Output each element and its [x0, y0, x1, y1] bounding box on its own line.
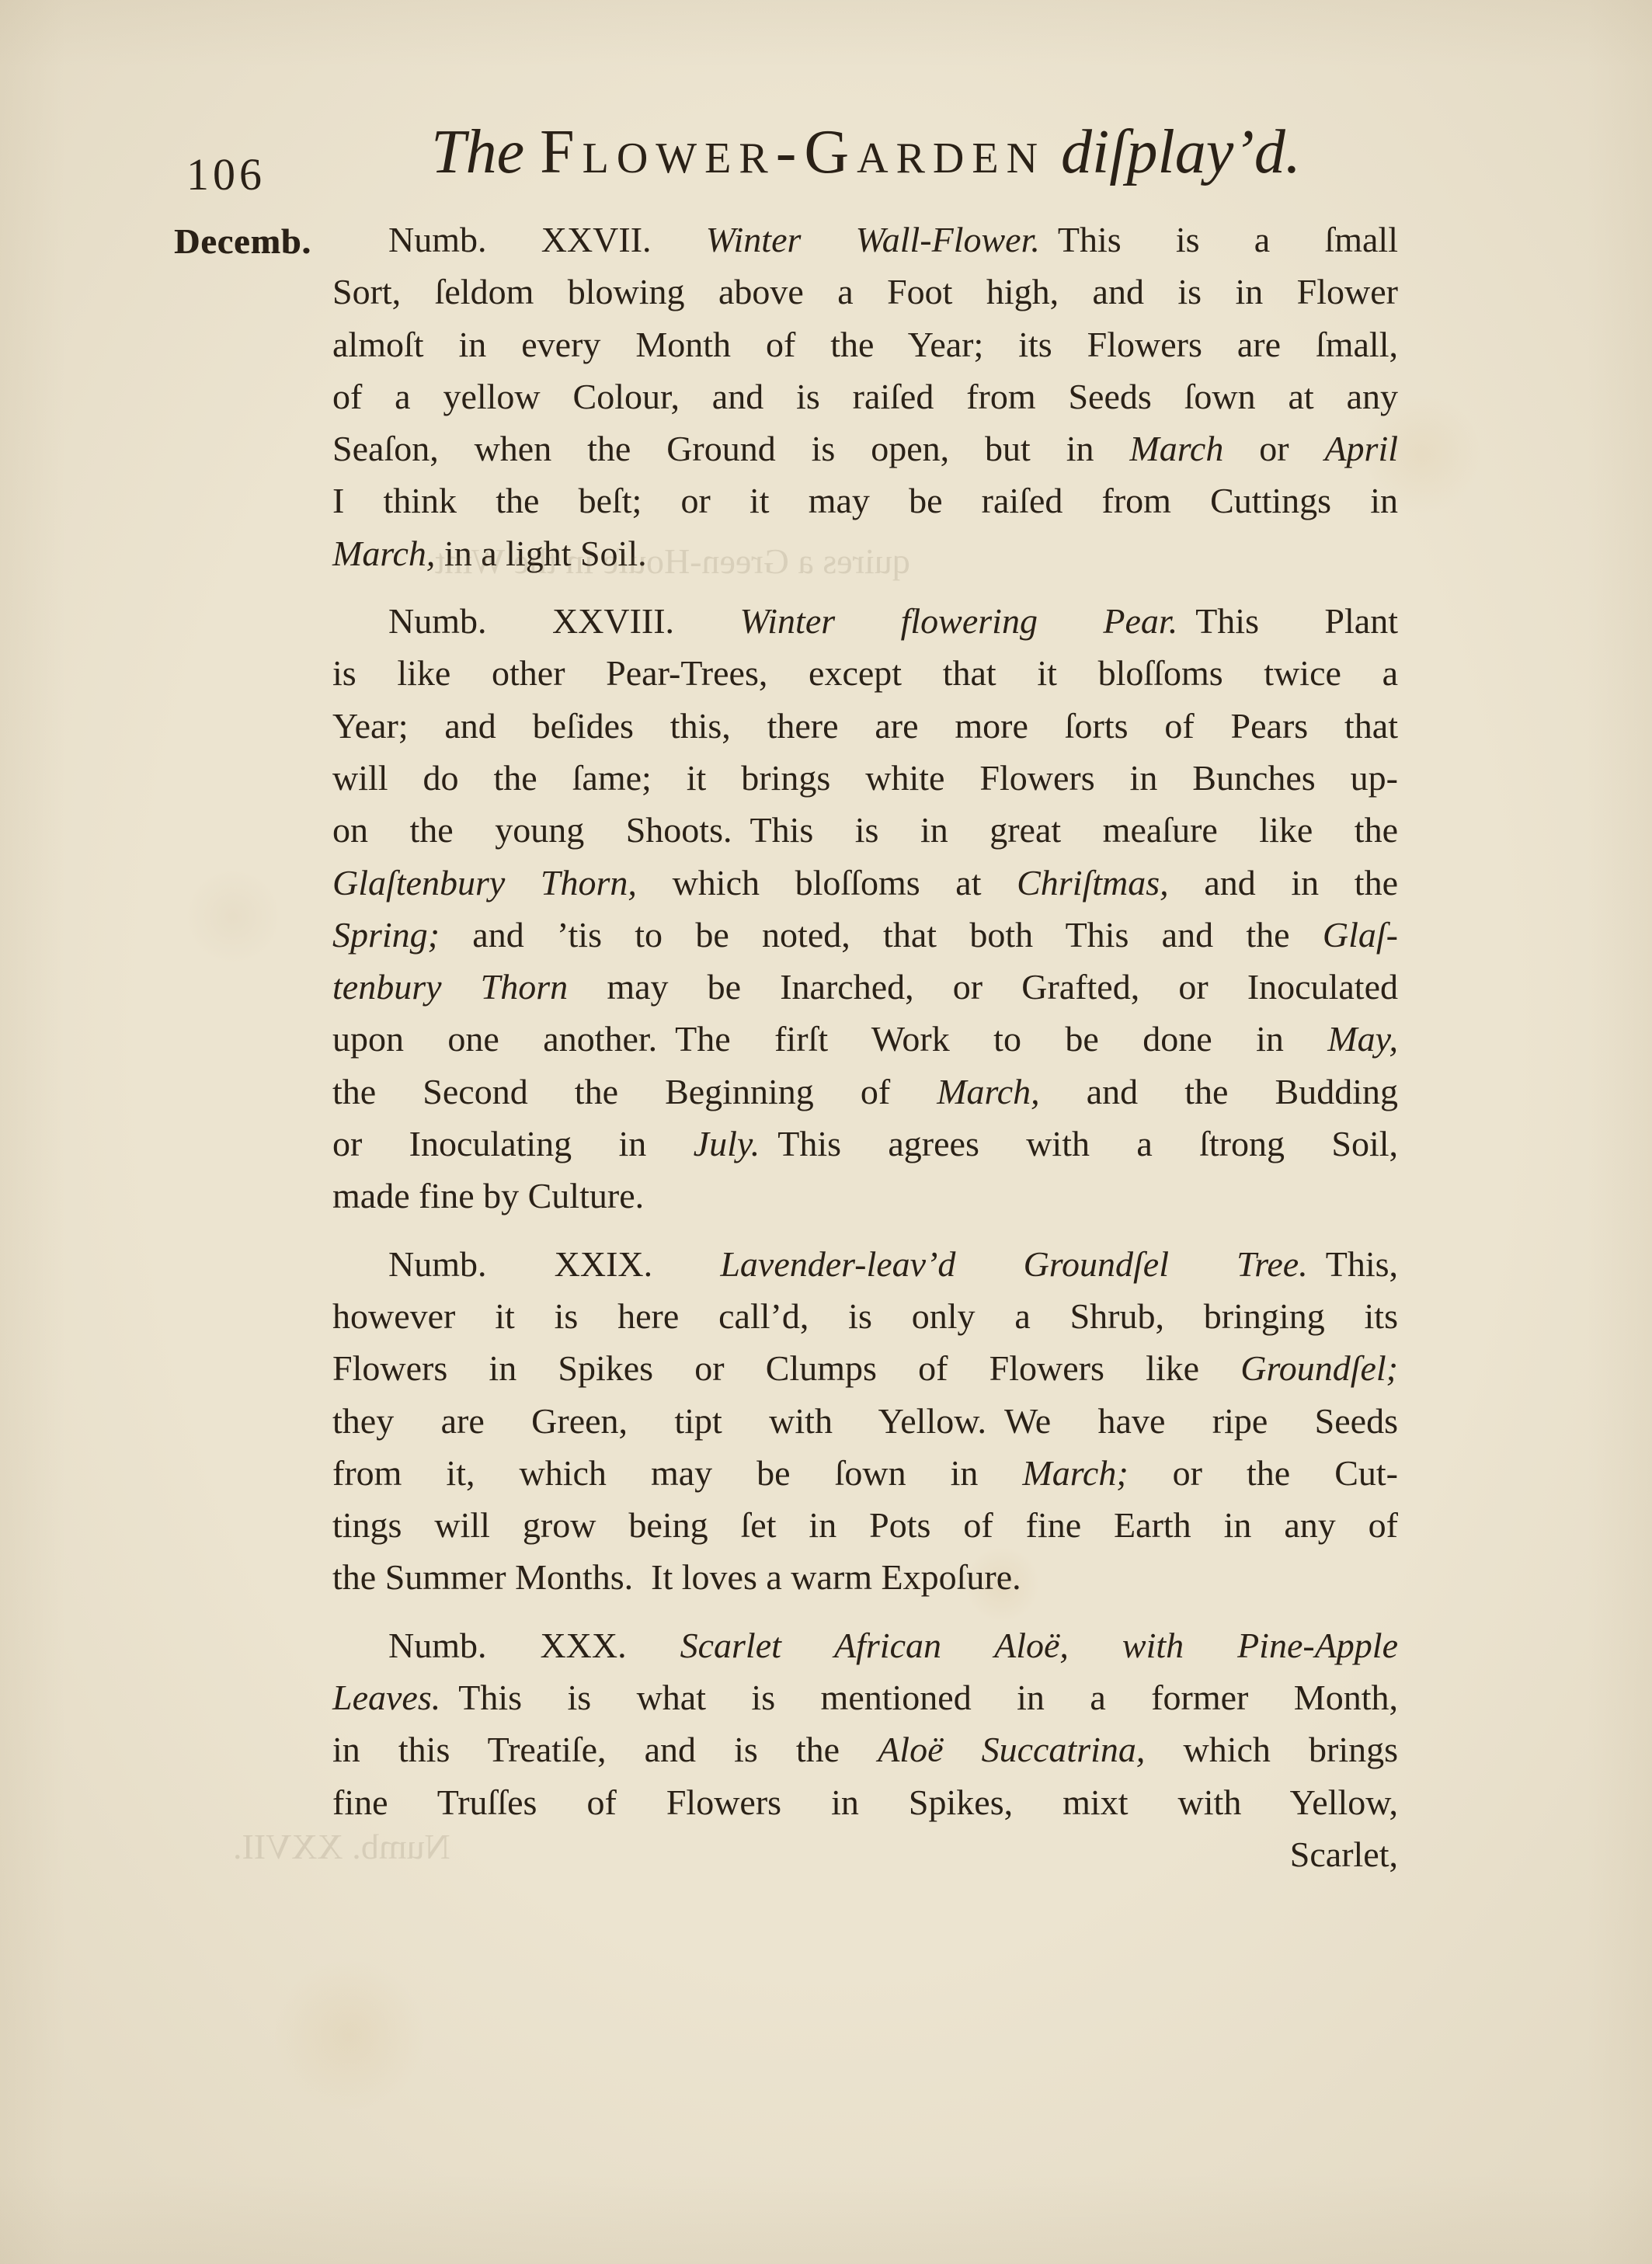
text-line: Numb. XXVIII. Winter flowering Pear. Thi… — [332, 595, 1398, 647]
page-number: 106 — [186, 152, 266, 197]
text-run: made fine by Culture. — [332, 1176, 644, 1215]
text-line: tenbury Thorn may be Inarched, or Grafte… — [332, 961, 1398, 1013]
text-run: which brings — [1145, 1730, 1398, 1769]
text-run: Numb. XXVII. — [388, 220, 706, 259]
text-run: Numb. XXIX. — [388, 1244, 720, 1284]
text-column: Numb. XXVII. Winter Wall-Flower. This is… — [332, 214, 1398, 1880]
text-run: and the Budding — [1040, 1072, 1398, 1111]
text-run: This agrees with a ſtrong Soil, — [760, 1124, 1398, 1163]
text-line: fine Truſſes of Flowers in Spikes, mixt … — [332, 1776, 1398, 1828]
text-run: Scarlet African Aloë, with Pine-Apple — [680, 1626, 1398, 1665]
text-line: tings will grow being ſet in Pots of fin… — [332, 1499, 1398, 1551]
text-run: the Summer Months. It loves a warm Expoſ… — [332, 1557, 1021, 1597]
text-run: March, — [937, 1072, 1039, 1111]
paragraph: Numb. XXVIII. Winter flowering Pear. Thi… — [332, 595, 1398, 1222]
text-line: March, in a light Soil. — [332, 527, 1398, 579]
text-run: of a yellow Colour, and is raiſed from S… — [332, 377, 1398, 416]
text-run: tenbury Thorn — [332, 967, 568, 1007]
paragraph: Numb. XXIX. Lavender-leav’d Groundſel Tr… — [332, 1238, 1398, 1604]
text-run: March — [1129, 429, 1223, 468]
text-run: or — [1223, 429, 1324, 468]
text-run: however it is here call’d, is only a Shr… — [332, 1296, 1398, 1336]
running-title-segment: The — [431, 118, 540, 186]
text-line: Numb. XXX. Scarlet African Aloë, with Pi… — [332, 1619, 1398, 1671]
text-line: Sort, ſeldom blowing above a Foot high, … — [332, 266, 1398, 318]
text-line: on the young Shoots. This is in great me… — [332, 804, 1398, 856]
text-run: almoſt in every Month of the Year; its F… — [332, 325, 1398, 364]
text-run: Winter flowering Pear. — [740, 601, 1178, 641]
text-line: of a yellow Colour, and is raiſed from S… — [332, 370, 1398, 423]
text-line: will do the ſame; it brings white Flower… — [332, 752, 1398, 804]
text-run: Aloë Succatrina, — [878, 1730, 1145, 1769]
text-run: is like other Pear-Trees, except that it… — [332, 653, 1398, 693]
text-run: Leaves. — [332, 1678, 440, 1717]
text-line: Year; and beſides this, there are more ſ… — [332, 700, 1398, 752]
text-run: will do the ſame; it brings white Flower… — [332, 758, 1398, 798]
text-run: Groundſel; — [1240, 1348, 1398, 1388]
text-run: Winter Wall-Flower. — [706, 220, 1040, 259]
text-run: in this Treatiſe, and is the — [332, 1730, 878, 1769]
text-line: Flowers in Spikes or Clumps of Flowers l… — [332, 1342, 1398, 1394]
text-run: and in the — [1169, 863, 1398, 902]
text-run: or Inoculating in — [332, 1124, 694, 1163]
text-run: Flowers in Spikes or Clumps of Flowers l… — [332, 1348, 1240, 1388]
text-run: which bloſſoms at — [637, 863, 1017, 902]
text-line: the Second the Beginning of March, and t… — [332, 1066, 1398, 1118]
text-line: Leaves. This is what is mentioned in a f… — [332, 1671, 1398, 1723]
text-line: Numb. XXVII. Winter Wall-Flower. This is… — [332, 214, 1398, 266]
text-run: Year; and beſides this, there are more ſ… — [332, 706, 1398, 746]
text-line: the Summer Months. It loves a warm Expoſ… — [332, 1551, 1398, 1603]
text-run: from it, which may be ſown in — [332, 1453, 1022, 1493]
text-run: upon one another. The firſt Work to be d… — [332, 1019, 1327, 1059]
text-line: in this Treatiſe, and is the Aloë Succat… — [332, 1723, 1398, 1775]
text-run: March; — [1022, 1453, 1128, 1493]
text-run: March, — [332, 534, 435, 573]
text-run: fine Truſſes of Flowers in Spikes, mixt … — [332, 1782, 1398, 1822]
text-line: from it, which may be ſown in March; or … — [332, 1447, 1398, 1499]
text-run: Numb. XXVIII. — [388, 601, 740, 641]
running-title: The Flower-Garden diſplay’d. — [326, 121, 1406, 183]
text-run: April — [1324, 429, 1398, 468]
text-line: upon one another. The firſt Work to be d… — [332, 1013, 1398, 1065]
text-run: Seaſon, when the Ground is open, but in — [332, 429, 1129, 468]
text-line: Seaſon, when the Ground is open, but in … — [332, 423, 1398, 475]
text-line: however it is here call’d, is only a Shr… — [332, 1290, 1398, 1342]
text-run: may be Inarched, or Grafted, or Inoculat… — [568, 967, 1398, 1007]
text-run: Lavender-leav’d Groundſel Tree. — [720, 1244, 1307, 1284]
text-run: the Second the Beginning of — [332, 1072, 937, 1111]
running-title-segment: Flower-Garden — [540, 118, 1045, 186]
text-run: This is a ſmall — [1040, 220, 1398, 259]
text-run: and ’tis to be noted, that both This and… — [440, 915, 1323, 955]
text-run: Spring; — [332, 915, 440, 955]
text-line: they are Green, tipt with Yellow. We hav… — [332, 1395, 1398, 1447]
text-run: This is what is mentioned in a former Mo… — [440, 1678, 1398, 1717]
text-line: Spring; and ’tis to be noted, that both … — [332, 909, 1398, 961]
text-line: or Inoculating in July. This agrees with… — [332, 1118, 1398, 1170]
text-run: I think the beſt; or it may be raiſed fr… — [332, 481, 1398, 520]
text-run: or the Cut- — [1129, 1453, 1398, 1493]
book-page-scan: 106 The Flower-Garden diſplay’d. Decemb.… — [0, 0, 1652, 2264]
paragraph: Numb. XXX. Scarlet African Aloë, with Pi… — [332, 1619, 1398, 1828]
text-run: tings will grow being ſet in Pots of fin… — [332, 1505, 1398, 1545]
text-line: Glaſtenbury Thorn, which bloſſoms at Chr… — [332, 857, 1398, 909]
text-run: May, — [1327, 1019, 1398, 1059]
text-line: made fine by Culture. — [332, 1170, 1398, 1222]
text-run: This, — [1308, 1244, 1398, 1284]
text-line: is like other Pear-Trees, except that it… — [332, 647, 1398, 699]
text-line: Numb. XXIX. Lavender-leav’d Groundſel Tr… — [332, 1238, 1398, 1290]
text-run: Sort, ſeldom blowing above a Foot high, … — [332, 272, 1398, 311]
text-run: Numb. XXX. — [388, 1626, 680, 1665]
text-run: Chriſtmas, — [1017, 863, 1169, 902]
catchword: Scarlet, — [332, 1828, 1398, 1880]
text-run: Glaſtenbury Thorn, — [332, 863, 637, 902]
margin-note-month: Decemb. — [174, 224, 311, 259]
text-run: on the young Shoots. This is in great me… — [332, 810, 1398, 850]
text-line: almoſt in every Month of the Year; its F… — [332, 318, 1398, 370]
text-line: I think the beſt; or it may be raiſed fr… — [332, 475, 1398, 527]
paragraph: Numb. XXVII. Winter Wall-Flower. This is… — [332, 214, 1398, 579]
text-run: This Plant — [1177, 601, 1398, 641]
text-run: July. — [694, 1124, 760, 1163]
text-run: Glaſ- — [1323, 915, 1398, 955]
running-title-segment: diſplay’d. — [1045, 118, 1301, 186]
text-run: in a light Soil. — [435, 534, 646, 573]
text-run: they are Green, tipt with Yellow. We hav… — [332, 1401, 1398, 1441]
